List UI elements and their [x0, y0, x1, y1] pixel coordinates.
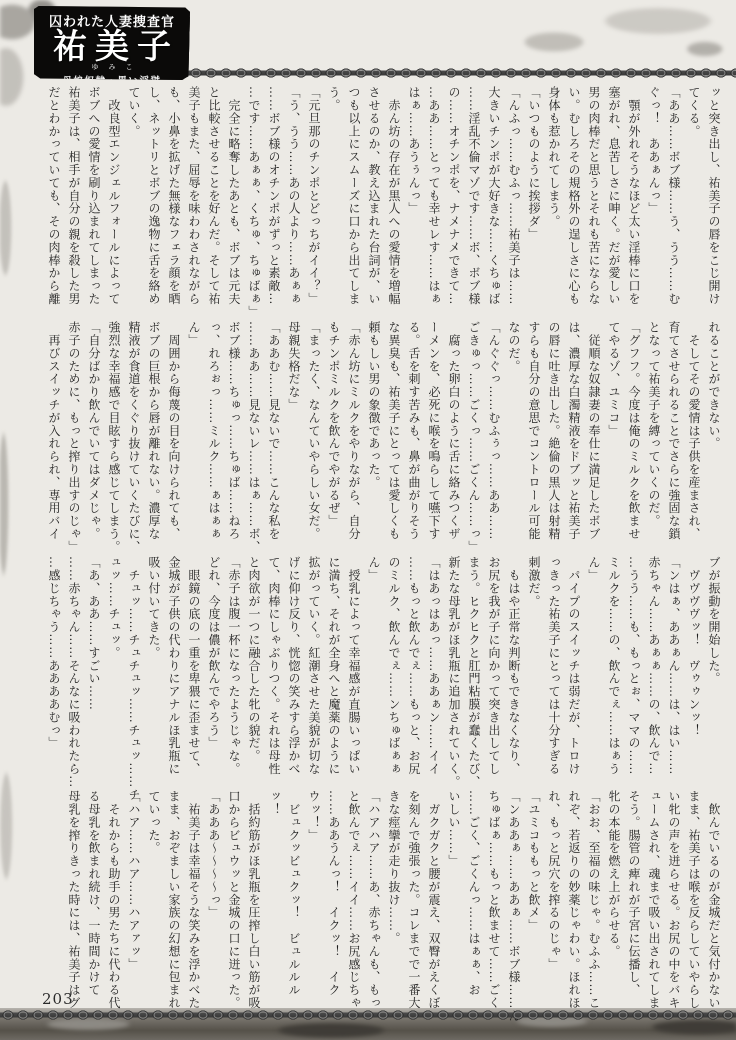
scanned-novel-page: { "page_number": "203", "header": { "ser… [0, 0, 736, 1040]
text-band-2: れることができない。 そしてその愛情は子供を産まされ、 育てさせられることでさら… [40, 321, 724, 555]
grunge-border-top-right [476, 0, 736, 70]
text-band-1: ッと突き出し、祐美子の唇をこじ開け てくる。 「ああ……ボブ様……う、うう……む… [40, 86, 724, 320]
page-number: 203 [42, 990, 74, 1008]
grunge-border-left [0, 90, 18, 1010]
edition-label: 外伝 [193, 27, 214, 69]
chain-ornament-bottom [0, 1006, 736, 1024]
text-band-3: ブが振動を開始した。 ヴヴヴヴッ！ ヴゥゥンッ！ 「ンはぁ、ああぁん……は、はい… [40, 556, 724, 790]
chain-ornament-top [188, 64, 736, 82]
main-title: 祐美子 [42, 30, 190, 64]
title-banner: 囚われた人妻捜査官 祐美子 ゆみこ 母娘奴隷・黒い淫獄 外伝 [34, 6, 190, 80]
subtitle: 母娘奴隷・黒い淫獄 [34, 73, 190, 87]
text-band-4: 飲んでいるのが金城だと気付かない まま、祐美子は喉を反らしていやらし い牝の声を… [40, 790, 724, 1024]
